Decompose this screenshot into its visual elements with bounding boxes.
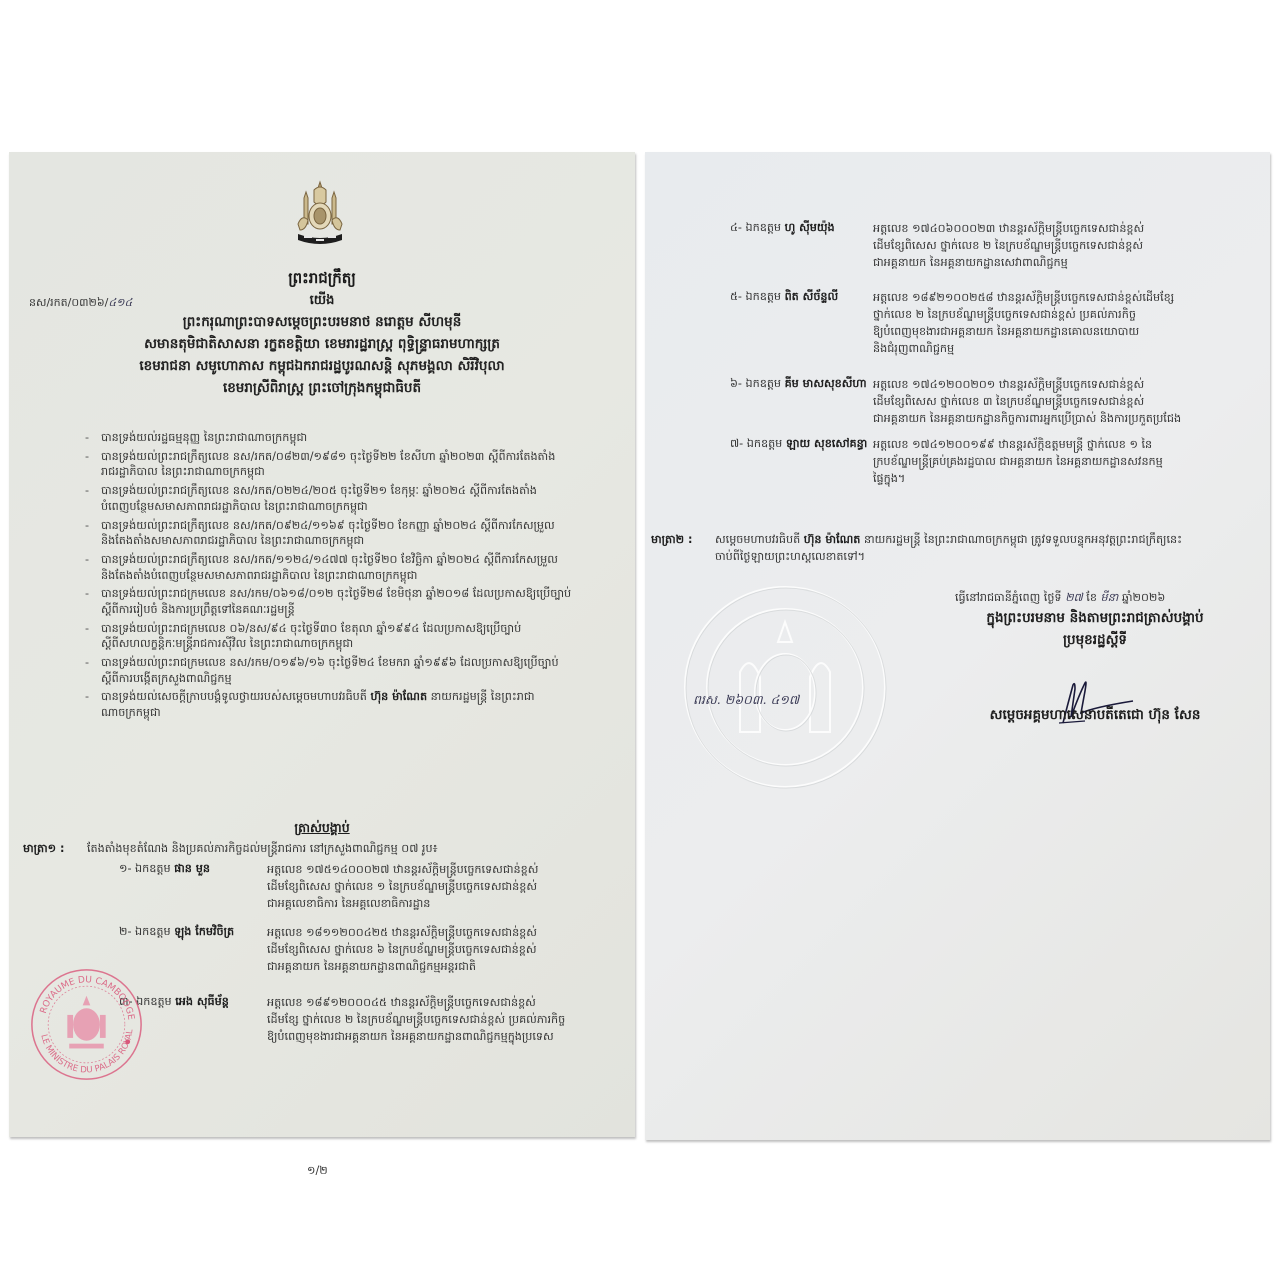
king-title-line: ខេមរាស្រីពិរាស្ត្រ ព្រះចៅក្រុងកម្ពុជាធិប… <box>9 377 635 399</box>
appointee-title: ៦- ឯកឧត្តម <box>730 377 785 390</box>
appointee-name: ៤- ឯកឧត្តម ហូ ស៊ីមយ៉ុង <box>730 220 835 236</box>
consideration-text: នាយករដ្ឋមន្ត្រី នៃព្រះរាជា <box>427 690 534 703</box>
date-month-handwritten: មីនា <box>1101 591 1119 604</box>
consideration-line: បានទ្រង់យល់រដ្ឋធម្មនុញ្ញ នៃព្រះរាជាណាចក្… <box>101 430 619 446</box>
appointee-description-line: អត្តលេខ ១៧៤១២០០១៩៩ ឋានន្តរស័ក្តិឧត្តមមន្… <box>873 436 1163 453</box>
appointee-name: ៧- ឯកឧត្តម ឡាយ សុខសៅគន្ធា <box>730 436 867 452</box>
appointee-description-line: ជាអគ្គលេខាធិការ នៃអគ្គលេខាធិការដ្ឋាន <box>267 895 538 912</box>
royal-order-line: ក្នុងព្រះបរមនាម និងតាមព្រះរាជត្រាស់បង្គា… <box>925 610 1265 626</box>
consideration-line: ស្តីពីសហលក្ខន្តិកៈមន្ត្រីរាជការស៊ីវិល នៃ… <box>101 636 619 652</box>
king-title-block: ព្រះករុណាព្រះបាទសម្តេចព្រះបរមនាថ នរោត្តម… <box>9 311 635 399</box>
date-month-label: ខែ <box>1083 591 1101 604</box>
appointee-description-line: អត្តលេខ ១៧៤១២០០២០១ ឋានន្តរស័ក្តិមន្ត្រីប… <box>873 376 1181 393</box>
appointee-full-name: អេង សុធីម័ន្ត <box>175 995 229 1008</box>
appointee-description-line: ដើមខ្សែពិសេស ថ្នាក់លេខ ៣ នៃក្របខ័ណ្ឌមន្ត… <box>873 393 1181 410</box>
red-palace-seal-icon: ROYAUME DU CAMBODGE LE MINISTRE DU PALAI… <box>29 967 144 1082</box>
appointee-description-line: អត្តលេខ ១៨១១២០០៤២៥ ឋានន្តរស័ក្តិមន្ត្រីប… <box>267 924 537 941</box>
consideration-item: បានទ្រង់យល់ព្រះរាជក្រឹត្យលេខ នស/រកត/០៨២៣… <box>79 449 619 480</box>
appointee-description-line: ដើមខ្សែពិសេស ថ្នាក់លេខ ១ នៃក្របខ័ណ្ឌមន្ត… <box>267 878 538 895</box>
king-title-line: ខេមរាជនា សមូហោភាស កម្ពុជឯករាជរដ្ឋបូរណសន្… <box>9 355 635 377</box>
appointee-description-line: ដើមខ្សែពិសេស ថ្នាក់លេខ ២ នៃក្របខ័ណ្ឌមន្ត… <box>873 237 1144 254</box>
decree-page-2: ៤- ឯកឧត្តម ហូ ស៊ីមយ៉ុងអត្តលេខ ១៧៤០៦០០០២៣… <box>645 152 1270 1140</box>
countersign-title: ប្រមុខរដ្ឋស្តីទី <box>925 632 1265 648</box>
appointee-description-line: ជាអគ្គនាយក នៃអគ្គនាយកដ្ឋានពាណិជ្ជកម្មអន្… <box>267 958 537 975</box>
registry-number-handwritten: ពរស. ២៦០៣. ៤១៧ <box>693 692 799 708</box>
consideration-item: បានទ្រង់យល់ព្រះរាជក្រឹត្យលេខ នស/រកត/១១២៤… <box>79 552 619 583</box>
appointee-description-line: ជាអគ្គនាយក នៃអគ្គនាយកដ្ឋានកិច្ចការពារអ្ន… <box>873 410 1181 427</box>
consideration-item: បានទ្រង់យល់រដ្ឋធម្មនុញ្ញ នៃព្រះរាជាណាចក្… <box>79 430 619 446</box>
consideration-line: បានទ្រង់យល់ព្រះរាជក្រមលេខ នស/រកម/០១៩៦/១៦… <box>101 655 619 671</box>
appointee-title: ២- ឯកឧត្តម <box>119 925 174 938</box>
consideration-item: បានទ្រង់យល់ព្រះរាជក្រមលេខ នស/រកម/០៦១៨/០១… <box>79 586 619 617</box>
appointee-description: អត្តលេខ ១៧៤១២០០២០១ ឋានន្តរស័ក្តិមន្ត្រីប… <box>873 376 1181 427</box>
consideration-line: និងតែងតាំងសមាសភាពរាជរដ្ឋាភិបាល នៃព្រះរាជ… <box>101 533 619 549</box>
appointee-description: អត្តលេខ ១៧៥១៤០០០២៧ ឋានន្តរស័ក្តិមន្ត្រីប… <box>267 861 538 912</box>
date-year: ឆ្នាំ២០២៦ <box>1118 591 1165 604</box>
consideration-line: បានទ្រង់យល់ព្រះរាជក្រមលេខ ០៦/នស/៩៤ ចុះថ្… <box>101 621 619 637</box>
consideration-line: និងតែងតាំងបំពេញបន្ថែមសមាសភាពរាជរដ្ឋាភិបា… <box>101 568 619 584</box>
appointee-description-line: ដើមខ្សែពិសេស ថ្នាក់លេខ ៦ នៃក្របខ័ណ្ឌមន្ត… <box>267 941 537 958</box>
appointee-title: ៤- ឯកឧត្តម <box>730 221 785 234</box>
article-2-prefix: សម្តេចមហាបវរធិបតី <box>715 533 804 546</box>
appointee-description-line: អត្តលេខ ១៨៩២១០០២៥៨ ឋានន្តរស័ក្តិមន្ត្រីប… <box>873 289 1174 306</box>
consideration-line: រាជរដ្ឋាភិបាល នៃព្រះរាជាណាចក្រកម្ពុជា <box>101 464 619 480</box>
appointee-title: ១- ឯកឧត្តម <box>119 862 174 875</box>
date-line: ធ្វើនៅរាជធានីភ្នំពេញ ថ្ងៃទី ២៧ ខែ មីនា ឆ… <box>955 590 1165 606</box>
document-type-title: ព្រះរាជក្រឹត្យ <box>9 270 635 286</box>
page-number: ១/២ <box>307 1163 328 1179</box>
king-title-line: ព្រះករុណាព្រះបាទសម្តេចព្រះបរមនាថ នរោត្តម… <box>9 311 635 333</box>
appointee-description-line: ថ្នាក់លេខ ២ នៃក្របខ័ណ្ឌមន្ត្រីបច្ចេកទេសជ… <box>873 306 1174 323</box>
considerations-list: បានទ្រង់យល់រដ្ឋធម្មនុញ្ញ នៃព្រះរាជាណាចក្… <box>79 430 619 724</box>
article-1-label: មាត្រា១ : <box>23 841 64 857</box>
consideration-item: បានទ្រង់យល់ព្រះរាជក្រមលេខ ០៦/នស/៩៤ ចុះថ្… <box>79 621 619 652</box>
appointee-description-line: អត្តលេខ ១៧៥១៤០០០២៧ ឋានន្តរស័ក្តិមន្ត្រីប… <box>267 861 538 878</box>
signatory-name: សម្តេចអគ្គមហាសេនាបតីតេជោ ហ៊ុន សែន <box>925 707 1265 723</box>
article-2-text-line2: ចាប់ពីថ្ងៃឡាយព្រះហស្តលេខាតទៅ។ <box>715 549 865 565</box>
consideration-line: ណាចក្រកម្ពុជា <box>101 705 619 721</box>
decree-page-1: ព្រះរាជក្រឹត្យ នស/រកត/០៣២៦/៤១៤ យើង ព្រះក… <box>9 152 635 1137</box>
consideration-item: បានទ្រង់យល់សេចក្តីក្រាបបង្គំទូលថ្វាយរបស់… <box>79 689 619 720</box>
appointee-name: ៥- ឯកឧត្តម ពិត សីច័ន្ទលី <box>730 289 838 305</box>
appointee-name: ១- ឯកឧត្តម ផាន មួន <box>119 861 210 877</box>
consideration-line: បានទ្រង់យល់សេចក្តីក្រាបបង្គំទូលថ្វាយរបស់… <box>101 689 619 705</box>
appointee-full-name: គីម មាសសុខសីហា <box>785 377 867 390</box>
consideration-line: ស្តីពីការបង្កើតក្រសួងពាណិជ្ជកម្ម <box>101 671 619 687</box>
embossed-seal-icon <box>680 582 890 792</box>
consideration-line: បំពេញបន្ថែមសមាសភាពរាជរដ្ឋាភិបាល នៃព្រះរា… <box>101 499 619 515</box>
appointee-description-line: ឱ្យបំពេញមុខងារជាអគ្គនាយក នៃអគ្គនាយកដ្ឋាន… <box>267 1028 565 1045</box>
consideration-item: បានទ្រង់យល់ព្រះរាជក្រឹត្យលេខ នស/រកត/០៩២៤… <box>79 518 619 549</box>
appointee-description-line: ក្របខ័ណ្ឌមន្ត្រីគ្រប់គ្រងរដ្ឋបាល ជាអគ្គន… <box>873 453 1163 470</box>
consideration-line: បានទ្រង់យល់ព្រះរាជក្រឹត្យលេខ នស/រកត/០២២៤… <box>101 483 619 499</box>
prime-minister-name: ហ៊ុន ម៉ាណែត <box>370 690 427 703</box>
consideration-item: បានទ្រង់យល់ព្រះរាជក្រមលេខ នស/រកម/០១៩៦/១៦… <box>79 655 619 686</box>
appointee-description: អត្តលេខ ១៧៤០៦០០០២៣ ឋានន្តរស័ក្តិមន្ត្រីប… <box>873 220 1144 271</box>
consideration-line: បានទ្រង់យល់ព្រះរាជក្រមលេខ នស/រកម/០៦១៨/០១… <box>101 586 619 602</box>
consideration-line: បានទ្រង់យល់ព្រះរាជក្រឹត្យលេខ នស/រកត/០៨២៣… <box>101 449 619 465</box>
appointee-description: អត្តលេខ ១៨១១២០០៤២៥ ឋានន្តរស័ក្តិមន្ត្រីប… <box>267 924 537 975</box>
appointee-description: អត្តលេខ ១៧៤១២០០១៩៩ ឋានន្តរស័ក្តិឧត្តមមន្… <box>873 436 1163 487</box>
consideration-line: បានទ្រង់យល់ព្រះរាជក្រឹត្យលេខ នស/រកត/០៩២៤… <box>101 518 619 534</box>
appointee-description: អត្តលេខ ១៨៩២១០០២៥៨ ឋានន្តរស័ក្តិមន្ត្រីប… <box>873 289 1174 357</box>
appointee-full-name: ហូ ស៊ីមយ៉ុង <box>785 221 835 234</box>
appointee-description-line: អត្តលេខ ១៧៤០៦០០០២៣ ឋានន្តរស័ក្តិមន្ត្រីប… <box>873 220 1144 237</box>
consideration-line: ស្តីពីការរៀបចំ និងការប្រព្រឹត្តទៅនៃគណៈរដ… <box>101 602 619 618</box>
appointee-name: ៦- ឯកឧត្តម គីម មាសសុខសីហា <box>730 376 867 392</box>
appointee-name: ២- ឯកឧត្តម ឡុង កែមវិចិត្រ <box>119 924 234 940</box>
appointee-title: ៧- ឯកឧត្តម <box>730 437 786 450</box>
appointee-description-line: ជាអគ្គនាយក នៃអគ្គនាយកដ្ឋានសេវាពាណិជ្ជកម្… <box>873 254 1144 271</box>
article-1-text: តែងតាំងមុខតំណែង និងប្រគល់ភារកិច្ចដល់មន្ត… <box>87 841 438 857</box>
prime-minister-name: ហ៊ុន ម៉ាណែត <box>804 533 861 546</box>
king-title-line: សមានតុមិជាតិសាសនា រក្ខតខត្តិយា ខេមរារដ្ឋ… <box>9 333 635 355</box>
appointee-full-name: ពិត សីច័ន្ទលី <box>785 290 839 303</box>
appointee-description-line: និងជំរុញពាណិជ្ជកម្ម <box>873 340 1174 357</box>
appointee-full-name: ផាន មួន <box>174 862 210 875</box>
appointee-full-name: ឡាយ សុខសៅគន្ធា <box>786 437 867 450</box>
appointee-description-line: ផ្ទៃក្នុង។ <box>873 470 1163 487</box>
appointee-description-line: ឱ្យបំពេញមុខងារជាអគ្គនាយក នៃអគ្គនាយកដ្ឋាន… <box>873 323 1174 340</box>
consideration-item: បានទ្រង់យល់ព្រះរាជក្រឹត្យលេខ នស/រកត/០២២៤… <box>79 483 619 514</box>
we-heading: យើង <box>9 293 635 309</box>
appointee-description: អត្តលេខ ១៨៩១២០០០៤៥ ឋានន្តរស័ក្តិមន្ត្រីប… <box>267 994 565 1045</box>
article-2-suffix: នាយករដ្ឋមន្ត្រី នៃព្រះរាជាណាចក្រកម្ពុជា … <box>860 533 1182 546</box>
appointee-title: ៥- ឯកឧត្តម <box>730 290 785 303</box>
consideration-line: បានទ្រង់យល់ព្រះរាជក្រឹត្យលេខ នស/រកត/១១២៤… <box>101 552 619 568</box>
date-day-handwritten: ២៧ <box>1065 591 1083 604</box>
royal-coat-of-arms-icon <box>292 180 348 248</box>
date-prefix: ធ្វើនៅរាជធានីភ្នំពេញ ថ្ងៃទី <box>955 591 1065 604</box>
appointee-full-name: ឡុង កែមវិចិត្រ <box>174 925 234 938</box>
article-2-label: មាត្រា២ : <box>651 532 692 548</box>
decree-heading: ត្រាស់បង្គាប់ <box>9 820 635 836</box>
article-2-text: សម្តេចមហាបវរធិបតី ហ៊ុន ម៉ាណែត នាយករដ្ឋមន… <box>715 532 1182 548</box>
appointee-description-line: ដើមខ្សែ ថ្នាក់លេខ ២ នៃក្របខ័ណ្ឌមន្ត្រីបច… <box>267 1011 565 1028</box>
consideration-text: បានទ្រង់យល់សេចក្តីក្រាបបង្គំទូលថ្វាយរបស់… <box>101 690 370 703</box>
appointee-description-line: អត្តលេខ ១៨៩១២០០០៤៥ ឋានន្តរស័ក្តិមន្ត្រីប… <box>267 994 565 1011</box>
